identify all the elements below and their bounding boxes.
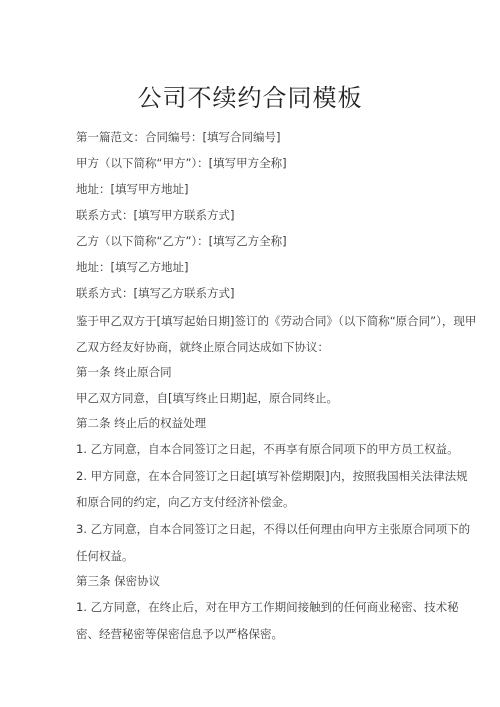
- paragraph-line: 地址：[填写甲方地址]: [76, 181, 436, 197]
- paragraph-line: 第三条 保密协议: [76, 573, 436, 589]
- paragraph-line: 乙双方经友好协商，就终止原合同达成如下协议：: [76, 339, 436, 355]
- document-title: 公司不续约合同模板: [0, 80, 500, 116]
- paragraph-line: 第一条 终止原合同: [76, 364, 436, 380]
- paragraph-line: 1. 乙方同意，在终止后，对在甲方工作期间接触到的任何商业秘密、技术秘: [76, 599, 436, 615]
- paragraph-line: 鉴于甲乙双方于[填写起始日期]签订的《劳动合同》（以下简称“原合同”），现甲: [76, 313, 436, 329]
- paragraph-line: 乙方（以下简称“乙方”）：[填写乙方全称]: [76, 233, 436, 249]
- paragraph-line: 密、经营秘密等保密信息予以严格保密。: [76, 626, 436, 642]
- paragraph-line: 第二条 终止后的权益处理: [76, 415, 436, 431]
- paragraph-line: 2. 甲方同意，在本合同签订之日起[填写补偿期限]内，按照我国相关法律法规: [76, 468, 436, 484]
- paragraph-line: 3. 乙方同意，自本合同签订之日起，不得以任何理由向甲方主张原合同项下的: [76, 521, 436, 537]
- paragraph-line: 甲方（以下简称“甲方”）：[填写甲方全称]: [76, 155, 436, 171]
- paragraph-line: 联系方式：[填写甲方联系方式]: [76, 207, 436, 223]
- paragraph-line: 第一篇范文：合同编号：[填写合同编号]: [76, 129, 436, 145]
- paragraph-line: 1. 乙方同意，自本合同签订之日起，不再享有原合同项下的甲方员工权益。: [76, 441, 436, 457]
- paragraph-line: 联系方式：[填写乙方联系方式]: [76, 285, 436, 301]
- paragraph-line: 地址：[填写乙方地址]: [76, 259, 436, 275]
- paragraph-line: 和原合同的约定，向乙方支付经济补偿金。: [76, 494, 436, 510]
- paragraph-line: 甲乙双方同意，自[填写终止日期]起，原合同终止。: [76, 390, 436, 406]
- paragraph-line: 任何权益。: [76, 548, 436, 564]
